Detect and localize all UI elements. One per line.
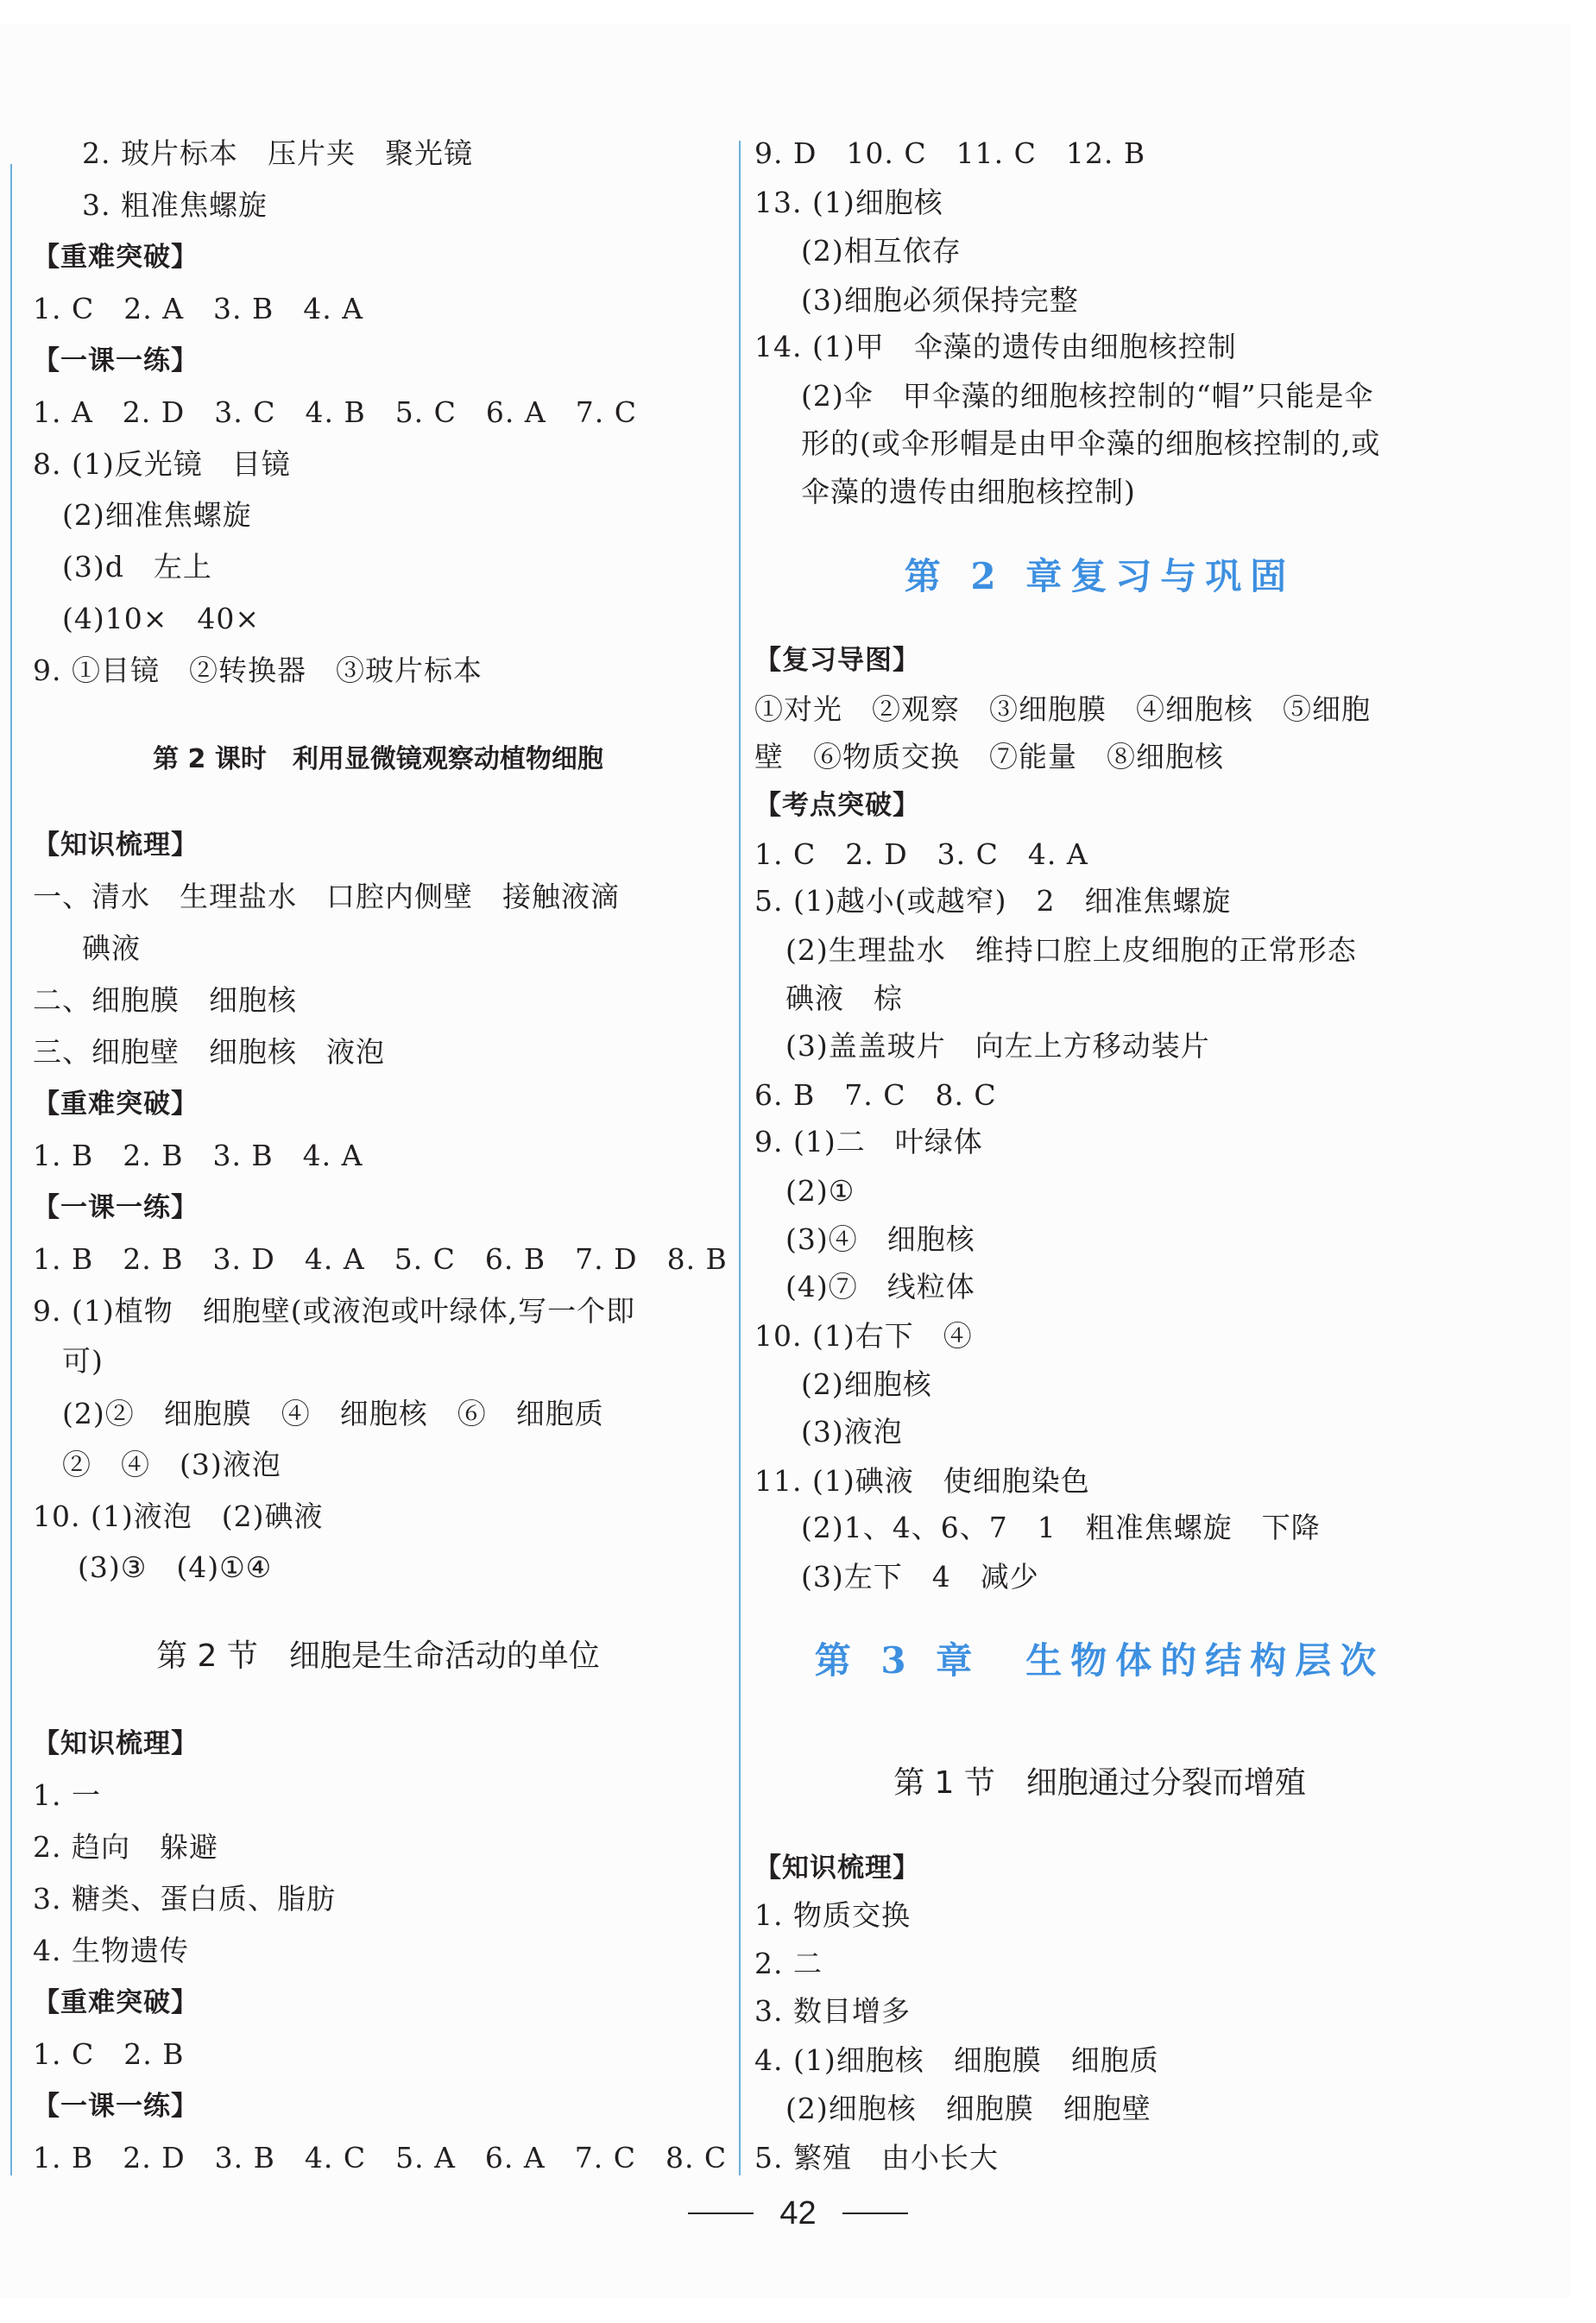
answer-line: 伞藻的遗传由细胞核控制) [801,473,1136,511]
answer-line: 2. 二 [754,1945,823,1983]
answer-line: (2)1、4、6、7 1 粗准焦螺旋 下降 [801,1509,1321,1547]
section-label-zhongnan: 【重难突破】 [33,238,199,276]
footer-dash-left [688,2213,754,2214]
answer-line: 9. D 10. C 11. C 12. B [754,135,1145,173]
answer-line: 二、细胞膜 细胞核 [33,982,297,1019]
answer-line: 9. (1)二 叶绿体 [754,1123,983,1161]
left-margin-rule [10,164,12,2175]
answer-line: (2)伞 甲伞藻的细胞核控制的“帽”只能是伞 [801,377,1374,415]
answer-line: 13. (1)细胞核 [754,184,943,222]
answer-line: 8. (1)反光镜 目镜 [33,445,291,483]
answer-line: 1. B 2. D 3. B 4. C 5. A 6. A 7. C 8. C [33,2139,727,2177]
section-label-yike: 【一课一练】 [33,2087,199,2125]
answer-line: (2)细胞核 细胞膜 细胞壁 [785,2090,1151,2128]
answer-line: (2)② 细胞膜 ④ 细胞核 ⑥ 细胞质 [62,1395,604,1433]
answer-line: 5. (1)越小(或越窄) 2 细准焦螺旋 [754,882,1231,920]
answer-line: (3)④ 细胞核 [785,1221,975,1259]
answer-line: 1. A 2. D 3. C 4. B 5. C 6. A 7. C [33,394,637,432]
answer-line: 碘液 [82,930,141,968]
column-divider [739,141,741,2175]
answer-line: 9. (1)植物 细胞壁(或液泡或叶绿体,写一个即 [33,1292,635,1330]
answer-line: (2)细准焦螺旋 [62,496,252,534]
answer-line: (3)③ (4)①④ [78,1549,272,1587]
answer-line: (4)10× 40× [62,600,260,638]
section-title: 第 1 节 细胞通过分裂而增殖 [754,1762,1445,1805]
answer-line: 形的(或伞形帽是由甲伞藻的细胞核控制的,或 [801,425,1380,463]
section-label-zhongnan: 【重难突破】 [33,1085,199,1123]
footer-dash-right [842,2213,908,2214]
answer-line: 壁 ⑥物质交换 ⑦能量 ⑧细胞核 [754,738,1224,776]
answer-line: (2)相互依存 [801,232,962,270]
answer-line: 2. 趋向 躲避 [33,1828,218,1866]
answer-line: 10. (1)右下 ④ [754,1317,973,1355]
answer-line: (3)左下 4 减少 [801,1558,1039,1596]
answer-line: 11. (1)碘液 使细胞染色 [754,1462,1090,1500]
answer-line: 14. (1)甲 伞藻的遗传由细胞核控制 [754,328,1237,366]
answer-line: 可) [62,1342,104,1380]
answer-line: 10. (1)液泡 (2)碘液 [33,1498,323,1536]
answer-line: 3. 糖类、蛋白质、脂肪 [33,1880,336,1918]
page-number: 42 [779,2195,816,2232]
answer-line: (2)生理盐水 维持口腔上皮细胞的正常形态 [785,931,1357,969]
answer-line: 1. 物质交换 [754,1897,911,1935]
chapter-title: 第 2 章复习与巩固 [754,552,1445,601]
page-footer: 42 [0,2194,1596,2232]
answer-line: 4. 生物遗传 [33,1932,189,1970]
answer-line: 3. 数目增多 [754,1992,911,2030]
section-label-fuxi: 【复习导图】 [754,641,920,679]
answer-line: 5. 繁殖 由小长大 [754,2139,999,2177]
section-label-kaodian: 【考点突破】 [754,786,920,824]
answer-line: 1. 一 [33,1777,101,1815]
answer-line: (3)液泡 [801,1413,903,1451]
answer-line: 碘液 棕 [785,980,903,1018]
answer-line: 1. C 2. D 3. C 4. A [754,836,1088,874]
answer-line: 1. C 2. A 3. B 4. A [33,290,363,328]
answer-line: 3. 粗准焦螺旋 [82,186,268,224]
answer-line: 1. B 2. B 3. D 4. A 5. C 6. B 7. D 8. B [33,1240,728,1278]
lesson-title: 第 2 课时 利用显微镜观察动植物细胞 [33,738,723,781]
answer-line: (3)d 左上 [62,548,212,586]
section-label-zhishi: 【知识梳理】 [33,1725,199,1763]
answer-line: 一、清水 生理盐水 口腔内侧壁 接触液滴 [33,878,620,916]
answer-line: 9. ①目镜 ②转换器 ③玻片标本 [33,652,483,690]
section-label-zhishi: 【知识梳理】 [754,1849,920,1887]
section-label-yike: 【一课一练】 [33,342,199,380]
section-label-yike: 【一课一练】 [33,1189,199,1227]
section-title: 第 2 节 细胞是生命活动的单位 [33,1635,723,1678]
answer-line: (3)盖盖玻片 向左上方移动装片 [785,1027,1210,1065]
section-label-zhongnan: 【重难突破】 [33,1984,199,2022]
answer-line: 2. 玻片标本 压片夹 聚光镜 [82,135,473,173]
answer-line: 4. (1)细胞核 细胞膜 细胞质 [754,2042,1159,2080]
section-label-zhishi: 【知识梳理】 [33,826,199,864]
answer-line: (4)⑦ 线粒体 [785,1268,975,1306]
chapter-title: 第 3 章 生物体的结构层次 [754,1637,1445,1685]
answer-line: (3)细胞必须保持完整 [801,281,1079,319]
answer-line: 三、细胞壁 细胞核 液泡 [33,1033,385,1071]
answer-line: ①对光 ②观察 ③细胞膜 ④细胞核 ⑤细胞 [754,691,1371,729]
answer-line: (2)① [785,1172,855,1210]
answer-line: (2)细胞核 [801,1366,932,1404]
answer-line: ② ④ (3)液泡 [62,1446,281,1484]
answer-line: 1. C 2. B [33,2036,184,2074]
answer-line: 6. B 7. C 8. C [754,1076,997,1114]
answer-line: 1. B 2. B 3. B 4. A [33,1137,363,1175]
